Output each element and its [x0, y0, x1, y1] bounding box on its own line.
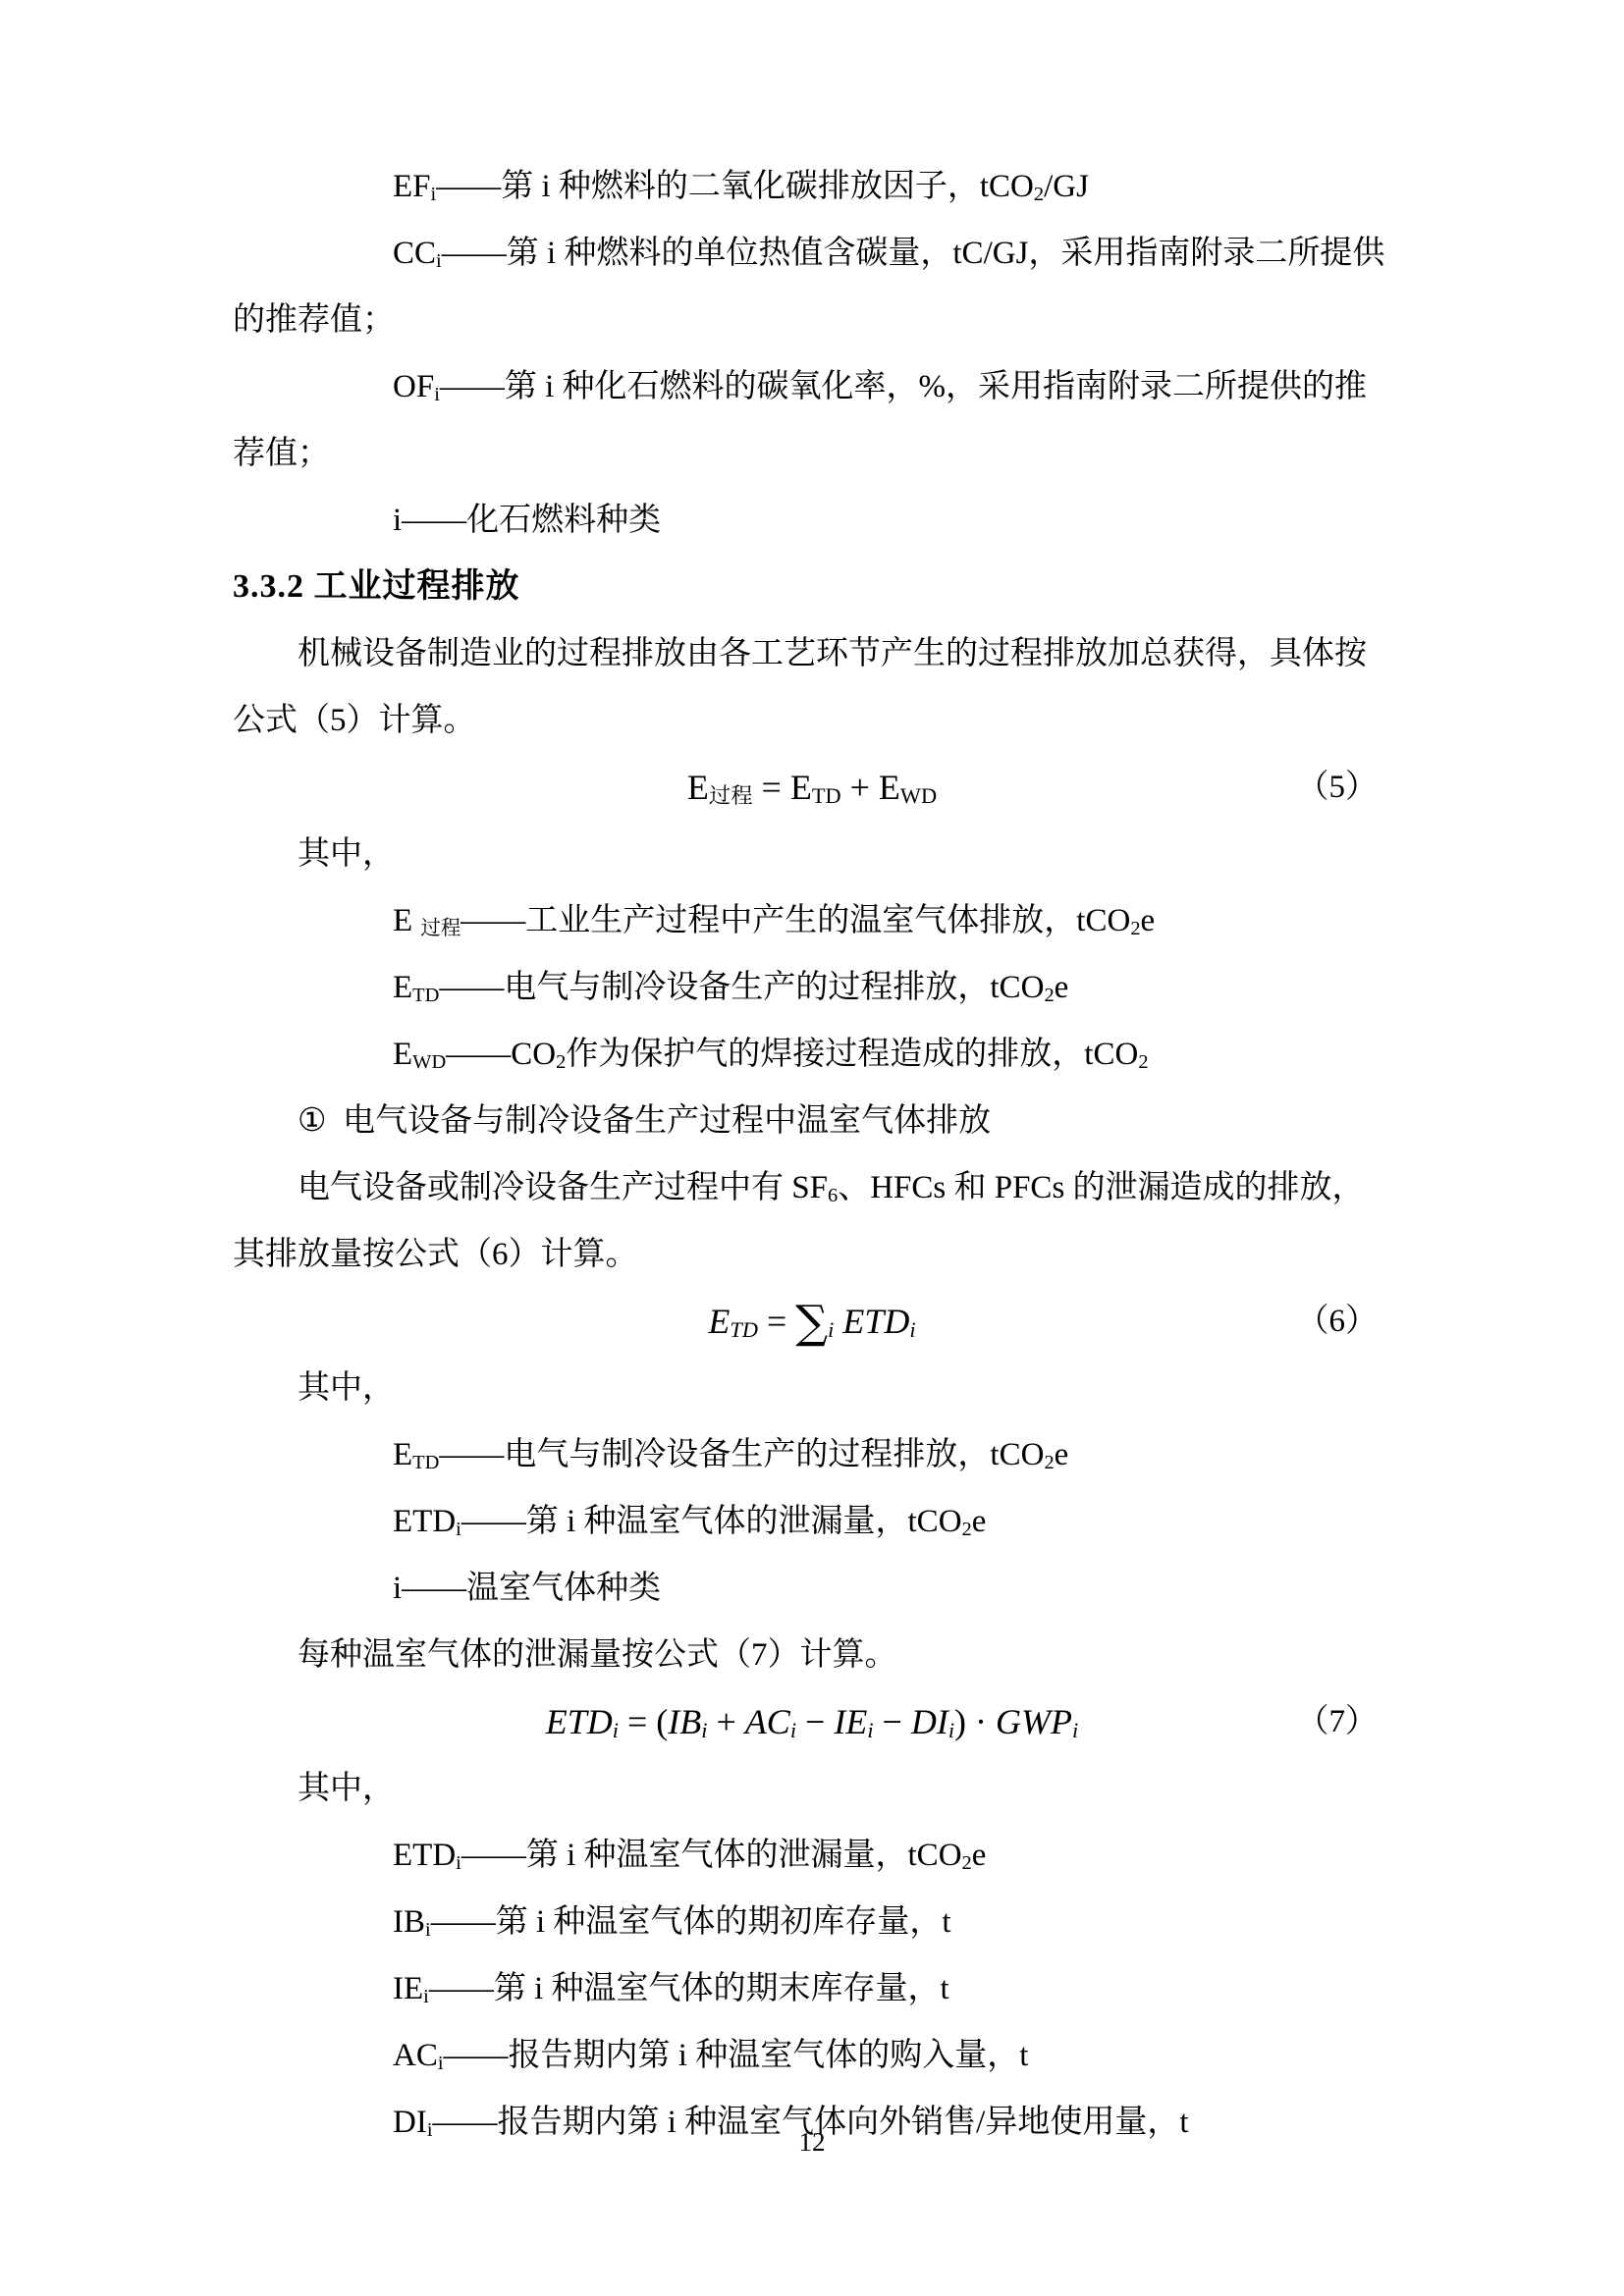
text-segment: = (: [619, 1702, 668, 1741]
text-segment: ① 电气设备与制冷设备生产过程中温室气体排放: [298, 1103, 991, 1139]
paragraph-leakage: 电气设备或制冷设备生产过程中有 SF6、HFCs 和 PFCs 的泄漏造成的排放…: [233, 1154, 1391, 1221]
subscript: i: [867, 1718, 873, 1742]
text-segment: E: [393, 1037, 412, 1072]
subscript: WD: [412, 1051, 446, 1073]
text-segment: −: [796, 1702, 834, 1741]
formula-expression: E过程 = ETD + EWD: [687, 754, 937, 821]
subscript: 2: [1034, 184, 1044, 205]
definition-ofi: OFi——第 i 种化石燃料的碳氧化率，%，采用指南附录二所提供的推: [233, 353, 1391, 420]
text-segment: 其中，: [298, 836, 395, 872]
text-segment: AC: [393, 2038, 438, 2073]
sum-operator: ∑: [795, 1296, 828, 1349]
formula-6: ETD = ∑i ETDi（6）: [233, 1288, 1391, 1355]
text-segment: ——第 i 种化石燃料的碳氧化率，%，采用指南附录二所提供的推: [440, 369, 1367, 404]
paragraph-leakage-continued: 其排放量按公式（6）计算。: [233, 1221, 1391, 1288]
text-segment: E: [687, 768, 709, 807]
subscript: i: [701, 1718, 707, 1742]
text-segment: DI: [911, 1702, 948, 1741]
formula-number: （6）: [1297, 1288, 1379, 1355]
text-segment: e: [972, 1838, 987, 1873]
text-segment: OF: [393, 369, 434, 404]
paragraph-process-emission-continued: 公式（5）计算。: [233, 687, 1391, 754]
subscript: 6: [828, 1185, 838, 1206]
definition-ibi: IBi——第 i 种温室气体的期初库存量，t: [233, 1889, 1391, 1955]
subscript: 2: [1044, 985, 1054, 1006]
where-clause-2: 其中，: [233, 1355, 1391, 1421]
text-segment: 每种温室气体的泄漏量按公式（7）计算。: [298, 1637, 897, 1673]
subscript: i: [909, 1317, 915, 1342]
subscript: WD: [900, 783, 937, 808]
text-segment: IE: [834, 1702, 867, 1741]
definition-ewd: EWD——CO2作为保护气的焊接过程造成的排放，tCO2: [233, 1021, 1391, 1088]
text-segment: e: [1055, 970, 1069, 1005]
text-segment: ——第 i 种温室气体的泄漏量，tCO: [461, 1504, 962, 1539]
subscript: 2: [1138, 1051, 1148, 1073]
definition-etdi-1: ETDi——第 i 种温室气体的泄漏量，tCO2e: [233, 1488, 1391, 1555]
definition-iei: IEi——第 i 种温室气体的期末库存量，t: [233, 1955, 1391, 2022]
text-segment: ETD: [834, 1302, 909, 1341]
definition-i-gas: i——温室气体种类: [233, 1555, 1391, 1622]
document-body: EFi——第 i 种燃料的二氧化碳排放因子，tCO2/GJCCi——第 i 种燃…: [233, 153, 1391, 2156]
text-segment: ——CO: [446, 1037, 556, 1072]
text-segment: 作为保护气的焊接过程造成的排放，tCO: [566, 1037, 1138, 1072]
subscript: i: [431, 184, 437, 205]
text-segment: 其排放量按公式（6）计算。: [233, 1237, 638, 1272]
text-segment: ——报告期内第 i 种温室气体的购入量，t: [444, 2038, 1029, 2073]
subscript: 2: [556, 1051, 566, 1073]
subscript: TD: [412, 1452, 439, 1473]
subscript: i: [436, 250, 442, 272]
subscript: i: [456, 1519, 461, 1540]
text-segment: e: [1055, 1437, 1069, 1472]
subscript: 2: [1044, 1452, 1054, 1473]
subscript: i: [438, 2053, 444, 2074]
formula-7: ETDi = (IBi + ACi − IEi − DIi) · GWPi（7）: [233, 1688, 1391, 1755]
subscript: 2: [962, 1852, 972, 1874]
definition-cci-continued: 的推荐值；: [233, 287, 1391, 353]
where-clause-3: 其中，: [233, 1755, 1391, 1822]
formula-expression: ETDi = (IBi + ACi − IEi − DIi) · GWPi: [546, 1688, 1078, 1755]
subscript: 过程: [709, 783, 753, 808]
definition-etd-1: ETD——电气与制冷设备生产的过程排放，tCO2e: [233, 954, 1391, 1021]
text-segment: IB: [393, 1904, 425, 1940]
text-segment: 荐值；: [233, 436, 330, 471]
text-segment: ETD: [546, 1702, 613, 1741]
text-segment: 机械设备制造业的过程排放由各工艺环节产生的过程排放加总获得，具体按: [298, 636, 1367, 671]
text-segment: ) ·: [954, 1702, 996, 1741]
text-segment: ——第 i 种燃料的单位热值含碳量，tC/GJ，采用指南附录二所提供: [442, 236, 1385, 271]
definition-efi: EFi——第 i 种燃料的二氧化碳排放因子，tCO2/GJ: [233, 153, 1391, 220]
text-segment: −: [874, 1702, 911, 1741]
text-segment: ——第 i 种温室气体的期初库存量，t: [431, 1904, 951, 1940]
subscript: 2: [1130, 918, 1140, 939]
text-segment: ——第 i 种温室气体的泄漏量，tCO: [461, 1838, 962, 1873]
text-segment: E: [393, 903, 420, 938]
text-segment: ——第 i 种温室气体的期末库存量，t: [429, 1971, 949, 2006]
text-segment: i——温室气体种类: [393, 1571, 661, 1606]
page-number: 12: [0, 2122, 1624, 2162]
paragraph-each-gas: 每种温室气体的泄漏量按公式（7）计算。: [233, 1622, 1391, 1688]
text-segment: E: [708, 1302, 730, 1341]
document-page: EFi——第 i 种燃料的二氧化碳排放因子，tCO2/GJCCi——第 i 种燃…: [0, 0, 1624, 2296]
subscript: TD: [812, 783, 841, 808]
text-segment: /GJ: [1044, 169, 1089, 204]
text-segment: +: [707, 1702, 744, 1741]
definition-etd-2: ETD——电气与制冷设备生产的过程排放，tCO2e: [233, 1421, 1391, 1488]
text-segment: E: [393, 1437, 412, 1472]
text-segment: ETD: [393, 1504, 456, 1539]
subscript: TD: [412, 985, 439, 1006]
subscript: i: [425, 1919, 431, 1941]
item-circled-1: ① 电气设备与制冷设备生产过程中温室气体排放: [233, 1088, 1391, 1154]
definition-aci: ACi——报告期内第 i 种温室气体的购入量，t: [233, 2022, 1391, 2089]
text-segment: i——化石燃料种类: [393, 503, 661, 538]
text-segment: + E: [841, 768, 900, 807]
text-segment: 其中，: [298, 1771, 395, 1806]
text-segment: CC: [393, 236, 436, 271]
text-segment: = E: [753, 768, 812, 807]
definition-e-process: E 过程——工业生产过程中产生的温室气体排放，tCO2e: [233, 887, 1391, 954]
subscript: i: [1072, 1718, 1078, 1742]
subscript: 2: [962, 1519, 972, 1540]
formula-number: （7）: [1297, 1688, 1379, 1755]
definition-cci: CCi——第 i 种燃料的单位热值含碳量，tC/GJ，采用指南附录二所提供: [233, 220, 1391, 287]
text-segment: ETD: [393, 1838, 456, 1873]
text-segment: 、HFCs 和 PFCs 的泄漏造成的排放，: [838, 1170, 1364, 1205]
text-segment: ——工业生产过程中产生的温室气体排放，tCO: [460, 903, 1130, 938]
text-segment: EF: [393, 169, 431, 204]
subscript: i: [790, 1718, 796, 1742]
text-segment: AC: [745, 1702, 790, 1741]
subscript: i: [948, 1718, 954, 1742]
text-segment: IE: [393, 1971, 423, 2006]
text-segment: ——电气与制冷设备生产的过程排放，tCO: [439, 1437, 1044, 1472]
subscript: i: [456, 1852, 461, 1874]
formula-5: E过程 = ETD + EWD（5）: [233, 754, 1391, 821]
text-segment: ——电气与制冷设备生产的过程排放，tCO: [439, 970, 1044, 1005]
text-segment: =: [758, 1302, 795, 1341]
text-segment: GWP: [996, 1702, 1072, 1741]
paragraph-process-emission: 机械设备制造业的过程排放由各工艺环节产生的过程排放加总获得，具体按: [233, 620, 1391, 687]
definition-etdi-2: ETDi——第 i 种温室气体的泄漏量，tCO2e: [233, 1822, 1391, 1889]
formula-expression: ETD = ∑i ETDi: [708, 1288, 915, 1356]
subscript: i: [613, 1718, 619, 1742]
subscript: i: [423, 1986, 429, 2007]
subscript: 过程: [420, 918, 460, 939]
formula-number: （5）: [1297, 754, 1379, 821]
text-segment: 电气设备或制冷设备生产过程中有 SF: [298, 1170, 828, 1205]
definition-i-fuel: i——化石燃料种类: [233, 487, 1391, 554]
text-segment: 其中，: [298, 1370, 395, 1406]
subscript: TD: [730, 1317, 758, 1342]
definition-ofi-continued: 荐值；: [233, 420, 1391, 487]
subscript: i: [828, 1317, 834, 1342]
section-heading: 3.3.2 工业过程排放: [233, 554, 1391, 620]
text-segment: IB: [668, 1702, 701, 1741]
text-segment: ——第 i 种燃料的二氧化碳排放因子，tCO: [436, 169, 1034, 204]
text-segment: 3.3.2 工业过程排放: [233, 568, 520, 605]
where-clause-1: 其中，: [233, 821, 1391, 887]
subscript: i: [434, 384, 440, 405]
text-segment: e: [1141, 903, 1156, 938]
text-segment: 公式（5）计算。: [233, 703, 476, 738]
text-segment: E: [393, 970, 412, 1005]
text-segment: 的推荐值；: [233, 302, 395, 338]
text-segment: e: [972, 1504, 987, 1539]
